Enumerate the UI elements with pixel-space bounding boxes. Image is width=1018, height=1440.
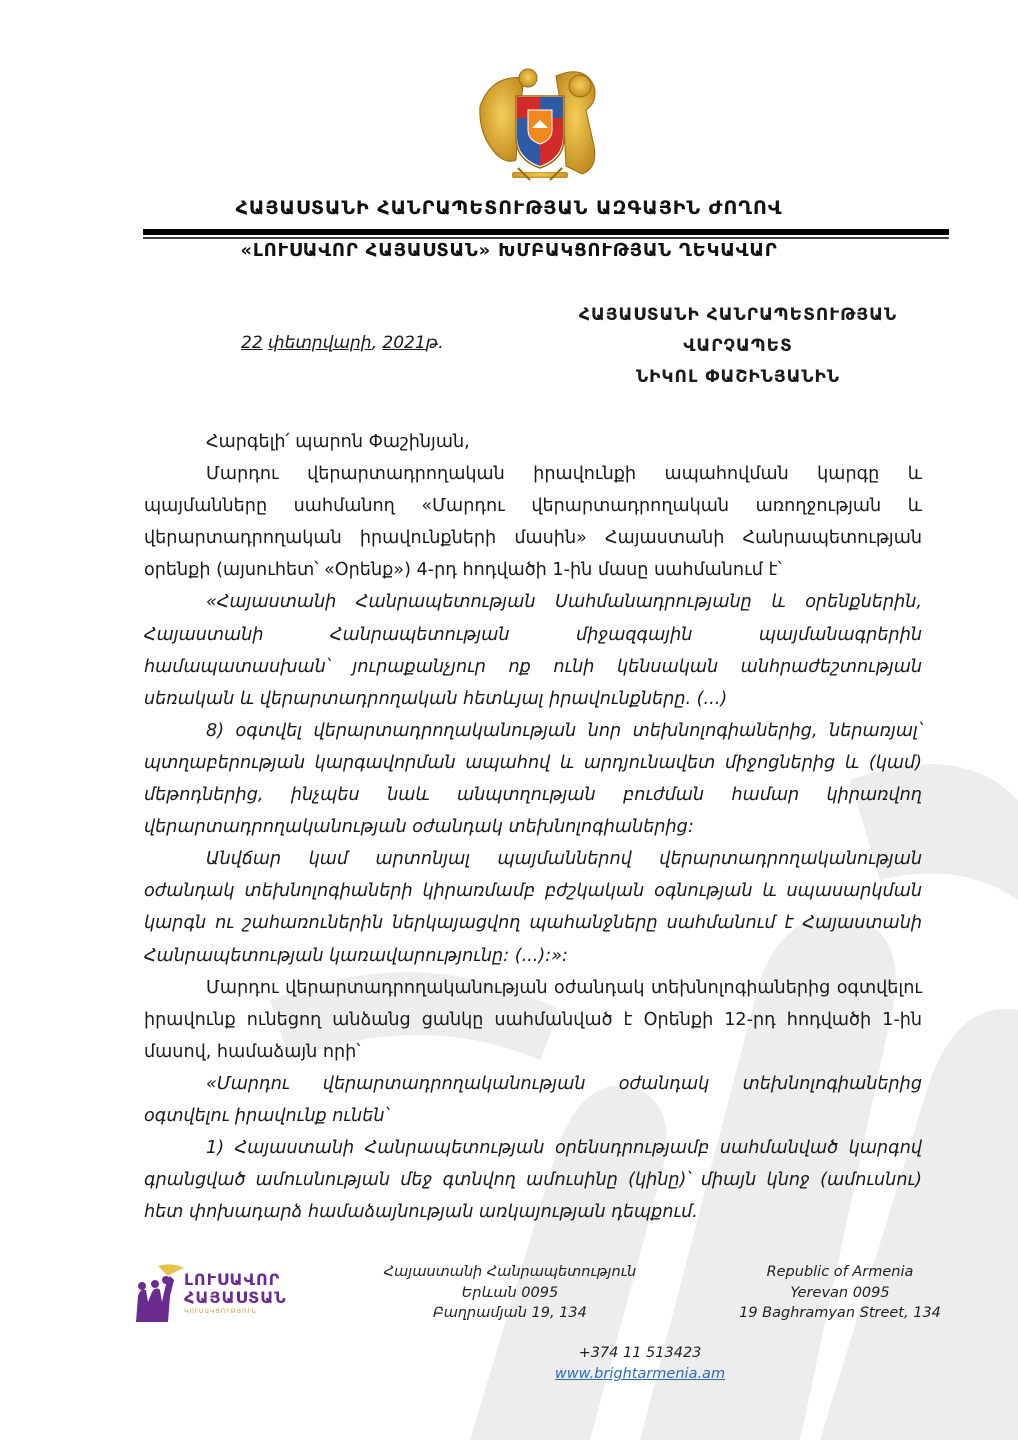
date-month: փետրվարի bbox=[268, 333, 372, 353]
bright-armenia-logo: ԼՈՒՍԱՎՈՐ ՀԱՅԱՍՏԱՆ ԿՈՒՍԱԿՑՈՒԹՅՈՒՆ bbox=[128, 1262, 308, 1324]
address-line: 19 Baghramyan Street, 134 bbox=[720, 1303, 960, 1324]
address-line: Yerevan 0095 bbox=[720, 1283, 960, 1304]
address-line: Հայաստանի Հանրապետություն bbox=[378, 1262, 642, 1283]
body-paragraph: Մարդու վերարտադրողական իրավունքի ապահովմ… bbox=[144, 458, 922, 586]
address-armenian: Հայաստանի Հանրապետություն Երևան 0095 Բաղ… bbox=[378, 1262, 642, 1324]
quoted-paragraph: «Մարդու վերարտադրողականության օժանդակ տե… bbox=[144, 1068, 922, 1132]
institution-heading: ՀԱՅԱՍՏԱՆԻ ՀԱՆՐԱՊԵՏՈՒԹՅԱՆ ԱԶԳԱՅԻՆ ԺՈՂՈՎ bbox=[0, 197, 1018, 219]
addressee-line: ՎԱՐՉԱՊԵՏ bbox=[548, 331, 928, 362]
header-divider-thin bbox=[143, 237, 949, 239]
quoted-paragraph: 8) օգտվել վերարտադրողականության նոր տեխն… bbox=[144, 715, 922, 843]
address-line: Երևան 0095 bbox=[378, 1283, 642, 1304]
quoted-paragraph: Անվճար կամ արտոնյալ պայմաններով վերարտադ… bbox=[144, 843, 922, 971]
address-line: Բաղրամյան 19, 134 bbox=[378, 1303, 642, 1324]
logo-line-1: ԼՈՒՍԱՎՈՐ bbox=[184, 1270, 280, 1289]
position-heading: «ԼՈՒՍԱՎՈՐ ՀԱՅԱՍՏԱՆ» ԽՄԲԱԿՑՈՒԹՅԱՆ ՂԵԿԱՎԱՐ bbox=[0, 240, 1018, 261]
date-day: 22 bbox=[241, 333, 263, 353]
greeting: Հարգելի՛ պարոն Փաշինյան, bbox=[144, 426, 922, 458]
body-paragraph: Մարդու վերարտադրողականության օժանդակ տեխ… bbox=[144, 972, 922, 1068]
letter-page: ՀԱՅԱՍՏԱՆԻ ՀԱՆՐԱՊԵՏՈՒԹՅԱՆ ԱԶԳԱՅԻՆ ԺՈՂՈՎ «… bbox=[0, 0, 1018, 1440]
addressee-block: ՀԱՅԱՍՏԱՆԻ ՀԱՆՐԱՊԵՏՈՒԹՅԱՆ ՎԱՐՉԱՊԵՏ ՆԻԿՈԼ … bbox=[548, 300, 928, 393]
quoted-paragraph: «Հայաստանի Հանրապետության Սահմանադրությա… bbox=[144, 586, 922, 714]
contact-block: +374 11 513423 www.brightarmenia.am bbox=[520, 1343, 760, 1385]
letter-date: 22 փետրվարի, 2021թ. bbox=[241, 333, 444, 353]
header-divider bbox=[143, 229, 949, 235]
addressee-line: ՀԱՅԱՍՏԱՆԻ ՀԱՆՐԱՊԵՏՈՒԹՅԱՆ bbox=[548, 300, 928, 331]
letter-body: Հարգելի՛ պարոն Փաշինյան, Մարդու վերարտադ… bbox=[144, 426, 922, 1228]
quoted-paragraph: 1) Հայաստանի Հանրապետության օրենսդրությա… bbox=[144, 1132, 922, 1228]
addressee-line: ՆԻԿՈԼ ՓԱՇԻՆՅԱՆԻՆ bbox=[548, 362, 928, 393]
phone-number: +374 11 513423 bbox=[520, 1343, 760, 1364]
logo-line-2: ՀԱՅԱՍՏԱՆ bbox=[184, 1288, 287, 1307]
address-english: Republic of Armenia Yerevan 0095 19 Bagh… bbox=[720, 1262, 960, 1324]
date-suffix: թ. bbox=[426, 333, 444, 353]
address-line: Republic of Armenia bbox=[720, 1262, 960, 1283]
armenia-coat-of-arms-icon bbox=[472, 56, 608, 192]
bright-armenia-torch-logo-icon bbox=[128, 1262, 188, 1324]
date-year: 2021 bbox=[382, 333, 425, 353]
logo-line-3: ԿՈՒՍԱԿՑՈՒԹՅՈՒՆ bbox=[184, 1308, 257, 1315]
website-link[interactable]: www.brightarmenia.am bbox=[555, 1366, 725, 1382]
